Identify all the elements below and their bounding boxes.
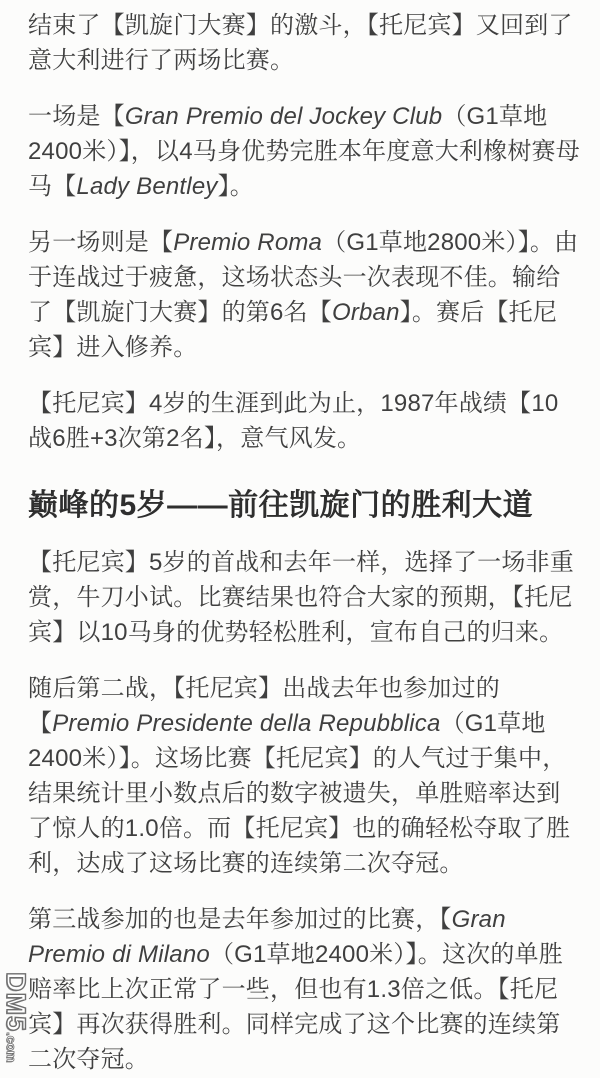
paragraph: 【托尼宾】5岁的首战和去年一样，选择了一场非重赏，牛刀小试。比赛结果也符合大家的… bbox=[28, 545, 580, 650]
article-page: 结束了【凯旋门大赛】的激斗，【托尼宾】又回到了意大利进行了两场比赛。一场是【Gr… bbox=[0, 0, 600, 1078]
race-name-italic: Premio Roma bbox=[173, 229, 322, 256]
text-run: 结束了【凯旋门大赛】的激斗，【托尼宾】又回到了意大利进行了两场比赛。 bbox=[28, 12, 573, 74]
race-name-italic: Orban bbox=[332, 299, 400, 326]
paragraph: 结束了【凯旋门大赛】的激斗，【托尼宾】又回到了意大利进行了两场比赛。 bbox=[28, 8, 580, 78]
text-run: 一场是【 bbox=[28, 103, 125, 130]
paragraph: 随后第二战，【托尼宾】出战去年也参加过的【Premio Presidente d… bbox=[28, 671, 580, 881]
text-run: 】。 bbox=[218, 173, 254, 200]
paragraph: 一场是【Gran Premio del Jockey Club（G1草地2400… bbox=[28, 99, 580, 204]
paragraph: 第三战参加的也是去年参加过的比赛，【Gran Premio di Milano（… bbox=[28, 902, 580, 1077]
text-run: 另一场则是【 bbox=[28, 229, 173, 256]
race-name-italic: Gran Premio del Jockey Club bbox=[125, 103, 443, 130]
section-heading: 巅峰的5岁——前往凯旋门的胜利大道 bbox=[28, 487, 580, 524]
text-run: 【托尼宾】5岁的首战和去年一样，选择了一场非重赏，牛刀小试。比赛结果也符合大家的… bbox=[28, 549, 574, 646]
article-body: 结束了【凯旋门大赛】的激斗，【托尼宾】又回到了意大利进行了两场比赛。一场是【Gr… bbox=[0, 0, 600, 1077]
text-run: 【托尼宾】4岁的生涯到此为止，1987年战绩【10战6胜+3次第2名】，意气风发… bbox=[28, 390, 558, 452]
race-name-italic: Premio Presidente della Repubblica bbox=[52, 710, 440, 737]
paragraph: 【托尼宾】4岁的生涯到此为止，1987年战绩【10战6胜+3次第2名】，意气风发… bbox=[28, 386, 580, 456]
text-run: 巅峰的5岁——前往凯旋门的胜利大道 bbox=[28, 489, 533, 522]
text-run: 第三战参加的也是去年参加过的比赛，【 bbox=[28, 906, 452, 933]
paragraph: 另一场则是【Premio Roma（G1草地2800米）】。由于连战过于疲惫，这… bbox=[28, 225, 580, 365]
race-name-italic: Lady Bentley bbox=[76, 173, 217, 200]
